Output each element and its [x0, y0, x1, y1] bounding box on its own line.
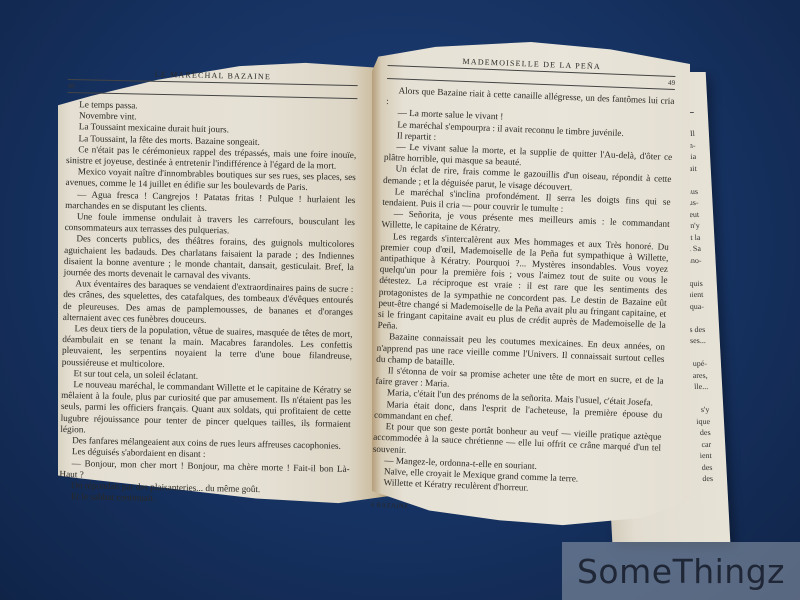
- text-fragment: lle...: [694, 383, 708, 392]
- text-fragment: s des: [689, 326, 705, 335]
- paragraph: Le nouveau maréchal, le commandant Wille…: [60, 379, 351, 441]
- text-fragment: des: [702, 464, 713, 473]
- text-fragment: car: [701, 441, 711, 450]
- text-fragment: ares,: [692, 372, 707, 381]
- text-fragment: upé-: [693, 360, 708, 369]
- text-fragment: des: [700, 429, 711, 438]
- text-fragment: des: [702, 475, 713, 484]
- paragraph: Les deux tiers de la population, vêtue d…: [62, 323, 353, 374]
- paragraph: Les regards s'intercalèrent aux Mes homm…: [377, 231, 669, 343]
- text-fragment: qua-: [690, 303, 705, 312]
- text-fragment: aient: [688, 291, 704, 300]
- text-fragment: s'y: [701, 406, 710, 415]
- right-page-body: Alors que Bazaine riait à cette canaille…: [371, 85, 674, 499]
- paragraph: Aux éventaires des baraques se vendaient…: [63, 278, 354, 329]
- right-page-text: MADEMOISELLE DE LA PEÑA 49 Alors que Baz…: [371, 54, 676, 520]
- left-page-body: Le temps passa.Novembre vint.La Toussain…: [59, 99, 357, 508]
- text-fragment: ient: [700, 452, 712, 461]
- book-photo: 51 ss. Ilmon-pédiaxerçaitplusjus-il euti…: [0, 0, 800, 600]
- watermark-logo: SomeThingz: [562, 542, 800, 600]
- text-fragment: ique: [696, 418, 710, 427]
- left-page-text: LE MARÉCHAL BAZAINE 48 Le temps passa.No…: [59, 68, 358, 508]
- paragraph: Des concerts publics, des théâtres forai…: [64, 233, 355, 284]
- text-fragment: ses...: [690, 337, 706, 346]
